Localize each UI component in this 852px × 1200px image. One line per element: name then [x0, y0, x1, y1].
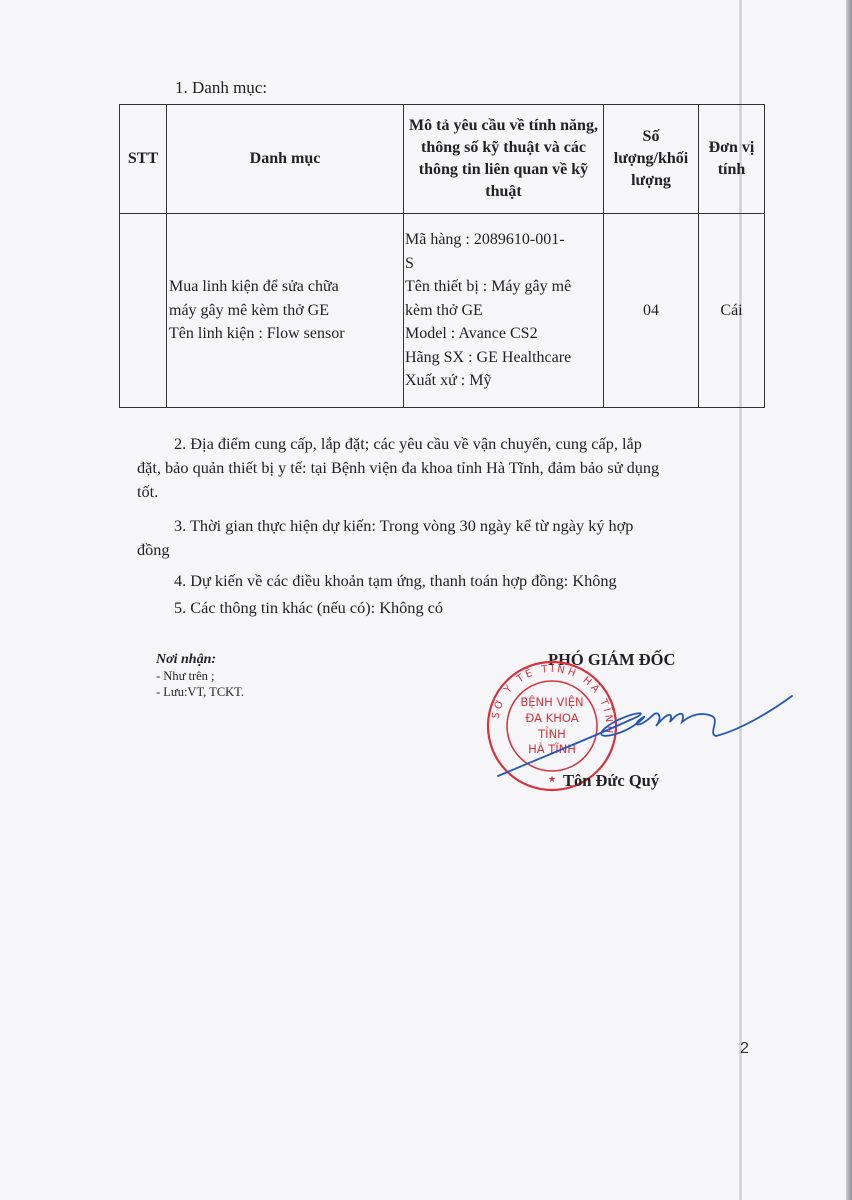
- name-line: Tên linh kiện : Flow sensor: [169, 322, 403, 346]
- header-description: Mô tả yêu cầu về tính năng, thông số kỹ …: [404, 105, 604, 214]
- signer-name: Tôn Đức Quý: [563, 771, 659, 791]
- table-header-row: STT Danh mục Mô tả yêu cầu về tính năng,…: [120, 105, 765, 214]
- page-number: 2: [740, 1040, 749, 1058]
- item-table: STT Danh mục Mô tả yêu cầu về tính năng,…: [119, 104, 765, 408]
- desc-line: Mã hàng : 2089610-001-: [405, 228, 603, 252]
- desc-line: S: [405, 252, 603, 276]
- p2-line1: 2. Địa điểm cung cấp, lắp đặt; các yêu c…: [174, 434, 642, 453]
- header-stt: STT: [120, 105, 167, 214]
- cell-description: Mã hàng : 2089610-001- S Tên thiết bị : …: [404, 214, 604, 408]
- section-title: 1. Danh mục:: [175, 78, 267, 98]
- scan-edge: [846, 0, 852, 1200]
- cell-name: Mua linh kiện để sửa chữa máy gây mê kèm…: [167, 214, 404, 408]
- p3-line1: 3. Thời gian thực hiện dự kiến: Trong vò…: [174, 516, 633, 535]
- p4-text: 4. Dự kiến về các điều khoản tạm ứng, th…: [174, 571, 617, 590]
- name-line: Mua linh kiện để sửa chữa: [169, 275, 403, 299]
- table-row: Mua linh kiện để sửa chữa máy gây mê kèm…: [120, 214, 765, 408]
- desc-line: Hãng SX : GE Healthcare: [405, 346, 603, 370]
- p2-line2: đặt, bảo quản thiết bị y tế: tại Bệnh vi…: [137, 456, 757, 480]
- p2-line3: tốt.: [137, 480, 757, 504]
- paragraph-other: 5. Các thông tin khác (nếu có): Không có: [147, 596, 757, 620]
- handwritten-signature-icon: [490, 690, 800, 780]
- cell-unit: Cái: [699, 214, 765, 408]
- desc-line: kèm thở GE: [405, 299, 603, 323]
- header-quantity: Số lượng/khối lượng: [604, 105, 699, 214]
- paragraph-payment: 4. Dự kiến về các điều khoản tạm ứng, th…: [147, 569, 757, 593]
- desc-line: Model : Avance CS2: [405, 322, 603, 346]
- p3-line2: đồng: [137, 538, 757, 562]
- desc-line: Tên thiết bị : Máy gây mê: [405, 275, 603, 299]
- desc-line: Xuất xứ : Mỹ: [405, 369, 603, 393]
- paragraph-timeline: 3. Thời gian thực hiện dự kiến: Trong vò…: [147, 514, 757, 562]
- recipients-heading: Nơi nhận:: [156, 652, 244, 668]
- name-line: máy gây mê kèm thở GE: [169, 299, 403, 323]
- recipients-block: Nơi nhận: - Như trên ; - Lưu:VT, TCKT.: [156, 652, 244, 700]
- cell-quantity: 04: [604, 214, 699, 408]
- recipient-item: - Như trên ;: [156, 668, 244, 684]
- cell-stt: [120, 214, 167, 408]
- p5-text: 5. Các thông tin khác (nếu có): Không có: [174, 598, 443, 617]
- header-name: Danh mục: [167, 105, 404, 214]
- recipient-item: - Lưu:VT, TCKT.: [156, 684, 244, 700]
- header-unit: Đơn vị tính: [699, 105, 765, 214]
- paragraph-delivery: 2. Địa điểm cung cấp, lắp đặt; các yêu c…: [147, 432, 757, 504]
